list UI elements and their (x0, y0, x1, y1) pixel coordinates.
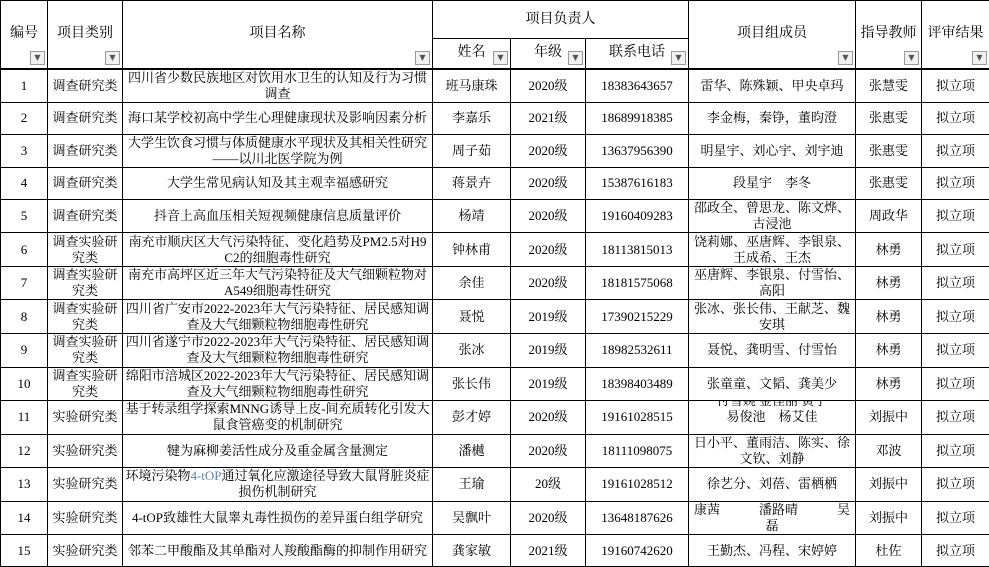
cell-grade[interactable]: 2020级 (511, 501, 586, 535)
cell-no[interactable]: 4 (1, 168, 48, 200)
cell-members[interactable]: 段星宇 李冬 (689, 168, 856, 200)
cell-project-name[interactable]: 绵阳市涪城区2022-2023年大气污染特征、居民感知调查及大气细颗粒物细胞毒性… (123, 367, 433, 401)
header-col-category: 项目类别 ▼ (48, 1, 123, 69)
cell-advisor[interactable]: 林勇 (856, 300, 922, 334)
cell-project-name[interactable]: 4-tOP致雄性大鼠睾丸毒性损伤的差异蛋白组学研究 (123, 501, 433, 535)
cell-phone[interactable]: 19160409283 (586, 199, 689, 233)
cell-project-name[interactable]: 四川省少数民族地区对饮用水卫生的认知及行为习惯调查 (123, 69, 433, 103)
cell-phone[interactable]: 18181575068 (586, 266, 689, 300)
cell-no[interactable]: 11 (1, 401, 48, 435)
cell-project-name[interactable]: 四川省遂宁市2022-2023年大气污染特征、居民感知调查及大气细颗粒物细胞毒性… (123, 333, 433, 367)
cell-leader[interactable]: 龚家敏 (433, 535, 511, 567)
header-col-project-name: 项目名称 ▼ (123, 1, 433, 69)
cell-members[interactable]: 雷华、陈殊颖、甲央卓玛 (689, 69, 856, 103)
cell-leader[interactable]: 王瑜 (433, 468, 511, 502)
autofilter-button-members[interactable]: ▼ (838, 51, 853, 65)
cell-project-name[interactable]: 四川省广安市2022-2023年大气污染特征、居民感知调查及大气细颗粒物细胞毒性… (123, 300, 433, 334)
cell-no[interactable]: 3 (1, 134, 48, 168)
cell-grade[interactable]: 2021级 (511, 103, 586, 135)
header-col-leader-group: 项目负责人 (433, 1, 689, 39)
cell-result[interactable]: 拟立项 (922, 468, 989, 502)
cell-leader[interactable]: 张冰 (433, 333, 511, 367)
cell-leader[interactable]: 张长伟 (433, 367, 511, 401)
cell-category[interactable]: 实验研究类 (48, 535, 123, 567)
cell-leader[interactable]: 余佳 (433, 266, 511, 300)
filter-dropdown-icon: ▼ (419, 53, 425, 63)
cell-category[interactable]: 调查实验研究类 (48, 333, 123, 367)
cell-no[interactable]: 8 (1, 300, 48, 334)
table-row: 6调查实验研究类南充市顺庆区大气污染特征、变化趋势及PM2.5对H9C2的细胞毒… (1, 233, 989, 267)
cell-leader[interactable]: 聂悦 (433, 300, 511, 334)
filter-dropdown-icon: ▼ (675, 53, 681, 63)
projects-table: 编号 ▼ 项目类别 ▼ 项目名称 ▼ 项目负责人 项目组成员 ▼ (0, 0, 989, 567)
autofilter-button-grade[interactable]: ▼ (568, 51, 583, 65)
cell-result[interactable]: 拟立项 (922, 69, 989, 103)
table-row: 8调查实验研究类四川省广安市2022-2023年大气污染特征、居民感知调查及大气… (1, 300, 989, 334)
header-col-leader-name-label: 姓名 (458, 45, 486, 60)
table-row: 12实验研究类犍为麻柳姜活性成分及重金属含量测定潘樾2020级181110980… (1, 434, 989, 468)
cell-members[interactable]: 张冰、张长伟、王献芝、魏安琪 (689, 300, 856, 334)
members-clipped-text: 付雪婉 金佳丽 黄宇易俊池 杨艾佳 (691, 401, 853, 426)
table-row: 1调查研究类四川省少数民族地区对饮用水卫生的认知及行为习惯调查班马康珠2020级… (1, 69, 989, 103)
cell-category[interactable]: 调查实验研究类 (48, 300, 123, 334)
cell-phone[interactable]: 18383643657 (586, 69, 689, 103)
cell-advisor[interactable]: 张惠雯 (856, 168, 922, 200)
autofilter-button-project-name[interactable]: ▼ (415, 51, 430, 65)
cell-phone[interactable]: 19160742620 (586, 535, 689, 567)
table-row: 2调查研究类海口某学校初高中学生心理健康现状及影响因素分析李嘉乐2021级186… (1, 103, 989, 135)
cell-no[interactable]: 7 (1, 266, 48, 300)
header-col-advisor-label: 指导教师 (861, 26, 917, 41)
cell-advisor[interactable]: 张慧雯 (856, 69, 922, 103)
header-col-grade: 年级 ▼ (511, 39, 586, 69)
cell-grade[interactable]: 20级 (511, 468, 586, 502)
cell-leader[interactable]: 周子茹 (433, 134, 511, 168)
cell-advisor[interactable]: 刘振中 (856, 401, 922, 435)
cell-project-name[interactable]: 大学生饮食习惯与体质健康水平现状及其相关性研究——以川北医学院为例 (123, 134, 433, 168)
table-body: 1调查研究类四川省少数民族地区对饮用水卫生的认知及行为习惯调查班马康珠2020级… (1, 69, 989, 567)
cell-phone[interactable]: 18689918385 (586, 103, 689, 135)
cell-advisor[interactable]: 邓波 (856, 434, 922, 468)
cell-leader[interactable]: 杨靖 (433, 199, 511, 233)
table-row: 14实验研究类4-tOP致雄性大鼠睾丸毒性损伤的差异蛋白组学研究吴飘叶2020级… (1, 501, 989, 535)
cell-members[interactable]: 王勤杰、冯程、宋婷婷 (689, 535, 856, 567)
cell-members[interactable]: 巫唐辉、李银泉、付雪怡、高阳 (689, 266, 856, 300)
cell-phone[interactable]: 13648187626 (586, 501, 689, 535)
cell-advisor[interactable]: 刘振中 (856, 501, 922, 535)
cell-category[interactable]: 实验研究类 (48, 434, 123, 468)
cell-members[interactable]: 康茜 潘路晴 吴磊 (689, 501, 856, 535)
cell-category[interactable]: 调查实验研究类 (48, 367, 123, 401)
header-col-members: 项目组成员 ▼ (689, 1, 856, 69)
cell-no[interactable]: 14 (1, 501, 48, 535)
cell-result[interactable]: 拟立项 (922, 501, 989, 535)
cell-advisor[interactable]: 刘振中 (856, 468, 922, 502)
cell-result[interactable]: 拟立项 (922, 367, 989, 401)
autofilter-button-phone[interactable]: ▼ (671, 51, 686, 65)
cell-leader[interactable]: 吴飘叶 (433, 501, 511, 535)
autofilter-button-no[interactable]: ▼ (30, 51, 45, 65)
table-row: 7调查实验研究类南充市高坪区近三年大气污染特征及大气细颗粒物对A549细胞毒性研… (1, 266, 989, 300)
cell-result[interactable]: 拟立项 (922, 233, 989, 267)
cell-no[interactable]: 9 (1, 333, 48, 367)
cell-no[interactable]: 5 (1, 199, 48, 233)
cell-project-name[interactable]: 南充市高坪区近三年大气污染特征及大气细颗粒物对A549细胞毒性研究 (123, 266, 433, 300)
cell-grade[interactable]: 2020级 (511, 168, 586, 200)
cell-project-name[interactable]: 抖音上高血压相关短视频健康信息质量评价 (123, 199, 433, 233)
header-col-no: 编号 ▼ (1, 1, 48, 69)
cell-leader[interactable]: 潘樾 (433, 434, 511, 468)
header-col-category-label: 项目类别 (57, 26, 113, 41)
cell-advisor[interactable]: 杜佐 (856, 535, 922, 567)
filter-dropdown-icon: ▼ (34, 53, 40, 63)
header-col-leader-name: 姓名 ▼ (433, 39, 511, 69)
cell-leader[interactable]: 蒋景卉 (433, 168, 511, 200)
table-row: 5调查研究类抖音上高血压相关短视频健康信息质量评价杨靖2020级19160409… (1, 199, 989, 233)
cell-phone[interactable]: 15387616183 (586, 168, 689, 200)
filter-dropdown-icon: ▼ (109, 53, 115, 63)
table-row: 3调查研究类大学生饮食习惯与体质健康水平现状及其相关性研究——以川北医学院为例周… (1, 134, 989, 168)
table-row: 10调查实验研究类绵阳市涪城区2022-2023年大气污染特征、居民感知调查及大… (1, 367, 989, 401)
header-col-no-label: 编号 (10, 26, 38, 41)
cell-category[interactable]: 实验研究类 (48, 468, 123, 502)
autofilter-button-category[interactable]: ▼ (105, 51, 120, 65)
header-col-project-name-label: 项目名称 (250, 26, 306, 41)
cell-leader[interactable]: 班马康珠 (433, 69, 511, 103)
cell-advisor[interactable]: 张惠雯 (856, 134, 922, 168)
header-col-members-label: 项目组成员 (737, 26, 807, 41)
cell-result[interactable]: 拟立项 (922, 199, 989, 233)
cell-grade[interactable]: 2019级 (511, 333, 586, 367)
cell-members[interactable]: 张童童、文韬、龚美少 (689, 367, 856, 401)
cell-no[interactable]: 1 (1, 69, 48, 103)
cell-project-name[interactable]: 南充市顺庆区大气污染特征、变化趋势及PM2.5对H9C2的细胞毒性研究 (123, 233, 433, 267)
cell-advisor[interactable]: 林勇 (856, 333, 922, 367)
cell-grade[interactable]: 2019级 (511, 367, 586, 401)
cell-members[interactable]: 邵政全、曾思龙、陈文烨、古浸池 (689, 199, 856, 233)
cell-members[interactable]: 聂悦、龚明雪、付雪怡 (689, 333, 856, 367)
table-row: 9调查实验研究类四川省遂宁市2022-2023年大气污染特征、居民感知调查及大气… (1, 333, 989, 367)
cell-category[interactable]: 调查研究类 (48, 69, 123, 103)
cell-result[interactable]: 拟立项 (922, 434, 989, 468)
project-name-text: 通过氧化应激途径导致大鼠肾脏炎症损伤机制研究 (222, 468, 430, 499)
cell-leader[interactable]: 李嘉乐 (433, 103, 511, 135)
cell-category[interactable]: 调查研究类 (48, 168, 123, 200)
cell-grade[interactable]: 2020级 (511, 69, 586, 103)
cell-grade[interactable]: 2020级 (511, 401, 586, 435)
cell-no[interactable]: 15 (1, 535, 48, 567)
cell-members[interactable]: 日小平、董雨洁、陈实、徐文钦、刘静 (689, 434, 856, 468)
cell-category[interactable]: 调查研究类 (48, 199, 123, 233)
cell-phone[interactable]: 18398403489 (586, 367, 689, 401)
cell-phone[interactable]: 19161028512 (586, 468, 689, 502)
header-col-phone-label: 联系电话 (609, 45, 665, 60)
autofilter-button-advisor[interactable]: ▼ (904, 51, 919, 65)
cell-grade[interactable]: 2020级 (511, 233, 586, 267)
cell-category[interactable]: 调查实验研究类 (48, 233, 123, 267)
cell-no[interactable]: 10 (1, 367, 48, 401)
cell-category[interactable]: 实验研究类 (48, 501, 123, 535)
cell-advisor[interactable]: 林勇 (856, 367, 922, 401)
cell-category[interactable]: 调查实验研究类 (48, 266, 123, 300)
spreadsheet-area: 编号 ▼ 项目类别 ▼ 项目名称 ▼ 项目负责人 项目组成员 ▼ (0, 0, 989, 567)
cell-grade[interactable]: 2020级 (511, 434, 586, 468)
cell-leader[interactable]: 彭才婷 (433, 401, 511, 435)
cell-project-name[interactable]: 邻苯二甲酸酯及其单酯对人羧酸酯酶的抑制作用研究 (123, 535, 433, 567)
cell-project-name[interactable]: 海口某学校初高中学生心理健康现状及影响因素分析 (123, 103, 433, 135)
cell-category[interactable]: 调查研究类 (48, 103, 123, 135)
filter-dropdown-icon: ▼ (497, 53, 503, 63)
cell-advisor[interactable]: 林勇 (856, 266, 922, 300)
project-name-text: 环境污染物 (125, 468, 190, 483)
cell-phone[interactable]: 19161028515 (586, 401, 689, 435)
cell-result[interactable]: 拟立项 (922, 266, 989, 300)
cell-project-name[interactable]: 环境污染物4-tOP通过氧化应激途径导致大鼠肾脏炎症损伤机制研究 (123, 468, 433, 502)
filter-dropdown-icon: ▼ (976, 53, 982, 63)
header-col-result-label: 评审结果 (928, 26, 984, 41)
header-row-top: 编号 ▼ 项目类别 ▼ 项目名称 ▼ 项目负责人 项目组成员 ▼ (1, 1, 989, 39)
table-row: 4调查研究类大学生常见病认知及其主观幸福感研究蒋景卉2020级153876161… (1, 168, 989, 200)
cell-advisor[interactable]: 周政华 (856, 199, 922, 233)
filter-dropdown-icon: ▼ (908, 53, 914, 63)
cell-result[interactable]: 拟立项 (922, 103, 989, 135)
cell-no[interactable]: 2 (1, 103, 48, 135)
header-col-grade-label: 年级 (534, 45, 562, 60)
cell-category[interactable]: 调查研究类 (48, 134, 123, 168)
cell-advisor[interactable]: 张惠雯 (856, 103, 922, 135)
filter-dropdown-icon: ▼ (572, 53, 578, 63)
autofilter-button-leader-name[interactable]: ▼ (493, 51, 508, 65)
cell-members[interactable]: 付雪婉 金佳丽 黄宇易俊池 杨艾佳 (689, 401, 856, 435)
header-col-leader-group-label: 项目负责人 (526, 12, 596, 27)
cell-leader[interactable]: 钟林甫 (433, 233, 511, 267)
cell-result[interactable]: 拟立项 (922, 134, 989, 168)
cell-phone[interactable]: 18111098075 (586, 434, 689, 468)
cell-grade[interactable]: 2020级 (511, 199, 586, 233)
cell-phone[interactable]: 18113815013 (586, 233, 689, 267)
autofilter-button-result[interactable]: ▼ (972, 51, 987, 65)
header-col-phone: 联系电话 ▼ (586, 39, 689, 69)
cell-grade[interactable]: 2020级 (511, 266, 586, 300)
project-name-text: 4-tOP (190, 468, 221, 483)
cell-result[interactable]: 拟立项 (922, 401, 989, 435)
cell-members[interactable]: 徐艺分、刘蓓、雷栖栖 (689, 468, 856, 502)
header-col-result: 评审结果 ▼ (922, 1, 989, 69)
table-row: 13实验研究类环境污染物4-tOP通过氧化应激途径导致大鼠肾脏炎症损伤机制研究王… (1, 468, 989, 502)
cell-advisor[interactable]: 林勇 (856, 233, 922, 267)
cell-no[interactable]: 12 (1, 434, 48, 468)
cell-grade[interactable]: 2021级 (511, 535, 586, 567)
cell-result[interactable]: 拟立项 (922, 300, 989, 334)
cell-members[interactable]: 李金梅，秦铮，董昀澄 (689, 103, 856, 135)
cell-phone[interactable]: 17390215229 (586, 300, 689, 334)
cell-result[interactable]: 拟立项 (922, 333, 989, 367)
cell-no[interactable]: 13 (1, 468, 48, 502)
cell-members[interactable]: 饶莉娜、巫唐辉、李银泉、王成希、王杰 (689, 233, 856, 267)
table-row: 11实验研究类基于转录组学探索MNNG诱导上皮-间充质转化引发大鼠食管癌变的机制… (1, 401, 989, 435)
cell-phone[interactable]: 13637956390 (586, 134, 689, 168)
cell-project-name[interactable]: 大学生常见病认知及其主观幸福感研究 (123, 168, 433, 200)
filter-dropdown-icon: ▼ (842, 53, 848, 63)
cell-project-name[interactable]: 犍为麻柳姜活性成分及重金属含量测定 (123, 434, 433, 468)
header-col-advisor: 指导教师 ▼ (856, 1, 922, 69)
cell-grade[interactable]: 2020级 (511, 134, 586, 168)
cell-project-name[interactable]: 基于转录组学探索MNNG诱导上皮-间充质转化引发大鼠食管癌变的机制研究 (123, 401, 433, 435)
cell-result[interactable]: 拟立项 (922, 535, 989, 567)
cell-phone[interactable]: 18982532611 (586, 333, 689, 367)
cell-grade[interactable]: 2019级 (511, 300, 586, 334)
cell-category[interactable]: 实验研究类 (48, 401, 123, 435)
cell-no[interactable]: 6 (1, 233, 48, 267)
cell-members[interactable]: 明星宇、刘心宇、刘宇迪 (689, 134, 856, 168)
table-row: 15实验研究类邻苯二甲酸酯及其单酯对人羧酸酯酶的抑制作用研究龚家敏2021级19… (1, 535, 989, 567)
cell-result[interactable]: 拟立项 (922, 168, 989, 200)
